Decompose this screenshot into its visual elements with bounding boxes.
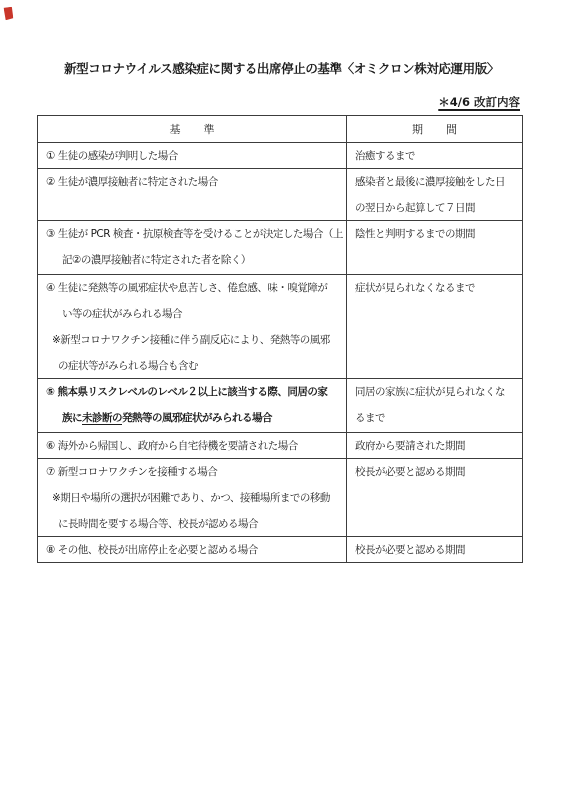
criteria-line: ④ 生徒に発熱等の風邪症状や息苦しさ、倦怠感、味・嗅覚障が [38,275,346,301]
revision-note: ＊4/6 改訂内容 [438,94,520,110]
criteria-cell: ③ 生徒が PCR 検査・抗原検査等を受けることが決定した場合（上 記②の濃厚接… [38,221,347,274]
period-line: 同居の家族に症状が見られなくな [347,379,522,405]
table-row-1: ① 生徒の感染が判明した場合 治癒するまで [38,142,522,168]
criteria-note-line: に長時間を要する場合等、校長が認める場合 [38,511,346,536]
table-row-6: ⑥ 海外から帰国し、政府から自宅待機を要請された場合 政府から要請された期間 [38,432,522,458]
period-line: 校長が必要と認める期間 [347,459,522,485]
period-header-cell: 期 間 [347,116,522,142]
table-row-5: ⑤ 熊本県リスクレベルのレベル２以上に該当する際、同居の家 族に未診断の発熱等の… [38,378,522,432]
criteria-note-line: ※期日や場所の選択が困難であり、かつ、接種場所までの移動 [38,485,346,511]
underlined-text: 未診断の [82,412,122,425]
period-line: の翌日から起算して７日間 [347,195,522,220]
criteria-cell: ⑦ 新型コロナワクチンを接種する場合 ※期日や場所の選択が困難であり、かつ、接種… [38,459,347,536]
period-cell: 症状が見られなくなるまで [347,275,522,378]
period-cell: 感染者と最後に濃厚接触をした日 の翌日から起算して７日間 [347,169,522,220]
criteria-line: ② 生徒が濃厚接触者に特定された場合 [38,169,346,195]
criteria-text: 族に [62,412,82,424]
criteria-line: ③ 生徒が PCR 検査・抗原検査等を受けることが決定した場合（上 [38,221,346,247]
criteria-line: ① 生徒の感染が判明した場合 [38,143,346,168]
criteria-note-line: の症状等がみられる場合も含む [38,353,346,378]
period-header-label: 期 間 [347,116,522,142]
criteria-table: 基 準 期 間 ① 生徒の感染が判明した場合 治癒するまで ② 生徒が濃厚接触者… [37,115,523,563]
table-row-3: ③ 生徒が PCR 検査・抗原検査等を受けることが決定した場合（上 記②の濃厚接… [38,220,522,274]
period-line: 感染者と最後に濃厚接触をした日 [347,169,522,195]
criteria-cell: ① 生徒の感染が判明した場合 [38,143,347,168]
criteria-cell: ④ 生徒に発熱等の風邪症状や息苦しさ、倦怠感、味・嗅覚障が い等の症状がみられる… [38,275,347,378]
period-line: 症状が見られなくなるまで [347,275,522,301]
document-title: 新型コロナウイルス感染症に関する出席停止の基準〈オミクロン株対応運用版〉 [0,59,563,77]
criteria-cell: ⑤ 熊本県リスクレベルのレベル２以上に該当する際、同居の家 族に未診断の発熱等の… [38,379,347,432]
criteria-cell: ② 生徒が濃厚接触者に特定された場合 [38,169,347,220]
criteria-line: ⑤ 熊本県リスクレベルのレベル２以上に該当する際、同居の家 [38,379,346,405]
criteria-text: 発熱等の風邪症状がみられる場合 [122,412,272,424]
criteria-line: ⑧ その他、校長が出席停止を必要と認める場合 [38,537,346,562]
criteria-line: い等の症状がみられる場合 [38,301,346,327]
table-row-7: ⑦ 新型コロナワクチンを接種する場合 ※期日や場所の選択が困難であり、かつ、接種… [38,458,522,536]
criteria-line: 記②の濃厚接触者に特定された者を除く） [38,247,346,273]
criteria-line: ⑥ 海外から帰国し、政府から自宅待機を要請された場合 [38,433,346,458]
criteria-line: 族に未診断の発熱等の風邪症状がみられる場合 [38,405,346,431]
period-cell: 政府から要請された期間 [347,433,522,458]
criteria-header-label: 基 準 [38,116,346,142]
period-line: 治癒するまで [347,143,522,168]
period-line: るまで [347,405,522,431]
period-cell: 校長が必要と認める期間 [347,459,522,536]
period-line: 校長が必要と認める期間 [347,537,522,562]
criteria-note-line: ※新型コロナワクチン接種に伴う副反応により、発熱等の風邪 [38,327,346,353]
criteria-line: ⑦ 新型コロナワクチンを接種する場合 [38,459,346,485]
period-line: 陰性と判明するまでの期間 [347,221,522,247]
red-corner-mark [4,7,14,21]
criteria-cell: ⑧ その他、校長が出席停止を必要と認める場合 [38,537,347,562]
period-cell: 治癒するまで [347,143,522,168]
criteria-cell: ⑥ 海外から帰国し、政府から自宅待機を要請された場合 [38,433,347,458]
document-page: 新型コロナウイルス感染症に関する出席停止の基準〈オミクロン株対応運用版〉 ＊4/… [0,0,563,800]
period-cell: 校長が必要と認める期間 [347,537,522,562]
period-cell: 同居の家族に症状が見られなくな るまで [347,379,522,432]
period-line: 政府から要請された期間 [347,433,522,458]
criteria-header-cell: 基 準 [38,116,347,142]
period-cell: 陰性と判明するまでの期間 [347,221,522,274]
table-header-row: 基 準 期 間 [38,116,522,142]
table-row-4: ④ 生徒に発熱等の風邪症状や息苦しさ、倦怠感、味・嗅覚障が い等の症状がみられる… [38,274,522,378]
table-row-8: ⑧ その他、校長が出席停止を必要と認める場合 校長が必要と認める期間 [38,536,522,562]
table-row-2: ② 生徒が濃厚接触者に特定された場合 感染者と最後に濃厚接触をした日 の翌日から… [38,168,522,220]
